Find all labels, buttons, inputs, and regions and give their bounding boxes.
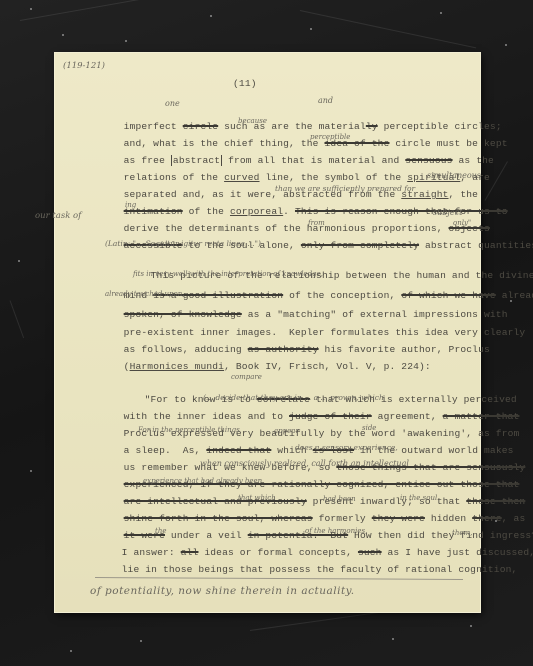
annotation-footer: of potentiality, now shine therein in ac… xyxy=(90,585,355,597)
dust-speck xyxy=(505,44,507,46)
annotation-consciously-realized: when consciously realized, call forth an… xyxy=(200,459,409,468)
annotation-compare: compare xyxy=(231,373,262,381)
annotation-our-task-of: our task of xyxy=(35,211,81,221)
page-number: (11) xyxy=(233,78,257,89)
annotation-ing: ing xyxy=(125,201,136,209)
annotation-already-touched: already touched upon, xyxy=(105,290,185,298)
annotation-because: because xyxy=(238,117,267,125)
book-title: Harmonices mundi xyxy=(130,361,225,372)
dust-speck xyxy=(310,28,312,30)
annotation-fits-in: fits in very well with the interpretatio… xyxy=(133,270,323,278)
annotation-latin: (Latin: "... Sequitur igitur recta linea… xyxy=(105,239,261,248)
dust-speck xyxy=(440,12,442,14)
text: lie in those beings that possess the fac… xyxy=(122,564,518,575)
dust-speck xyxy=(30,470,32,472)
text: abstract quantities. xyxy=(419,240,533,251)
annotation-only: only" xyxy=(453,219,471,227)
annotation-one: one xyxy=(165,99,180,108)
film-scratch xyxy=(20,0,158,21)
dust-speck xyxy=(30,8,32,10)
annotation-and: and xyxy=(318,96,333,105)
annotation-that-which: that which xyxy=(238,494,276,502)
annotation-simultaneous: simultaneous xyxy=(427,171,481,180)
deleted-text: only from completely xyxy=(301,240,419,251)
annotation-subject: subject xyxy=(433,208,462,217)
text: , Book IV, Frisch, Vol. V, p. 224): xyxy=(224,361,431,372)
dust-speck xyxy=(62,34,64,36)
dust-speck xyxy=(125,40,127,42)
typed-line-14: (Harmonices mundi, Book IV, Frisch, Vol.… xyxy=(100,350,431,383)
typed-line-25: lie in those beings that possess the fac… xyxy=(98,553,517,586)
annotation-perceptible: perceptible xyxy=(310,133,350,141)
annotation-the: the xyxy=(155,527,166,535)
dust-speck xyxy=(470,625,472,627)
dust-speck xyxy=(392,638,394,640)
annotation-in-the-soul: in the soul xyxy=(400,494,437,502)
dust-speck xyxy=(70,650,72,652)
dust-speck xyxy=(140,640,142,642)
film-scratch xyxy=(300,10,476,48)
annotation-than-we-are: than we are sufficiently prepared for xyxy=(275,184,415,193)
typescript-page: (119-121) (11) imperfect circle such as … xyxy=(55,53,480,612)
annotation-for-in-perceptible: For in the perceptible things xyxy=(138,426,240,434)
film-scratch xyxy=(10,300,25,338)
annotation-experience-had-been: experience that had already been xyxy=(143,477,262,485)
folio-note: (119-121) xyxy=(63,61,105,71)
dust-speck xyxy=(18,260,20,262)
annotation-side: side xyxy=(362,424,376,432)
dust-speck xyxy=(210,15,212,17)
annotation-from: from xyxy=(308,219,325,227)
annotation-of-the-harmonies: of the harmonies, xyxy=(305,527,367,535)
